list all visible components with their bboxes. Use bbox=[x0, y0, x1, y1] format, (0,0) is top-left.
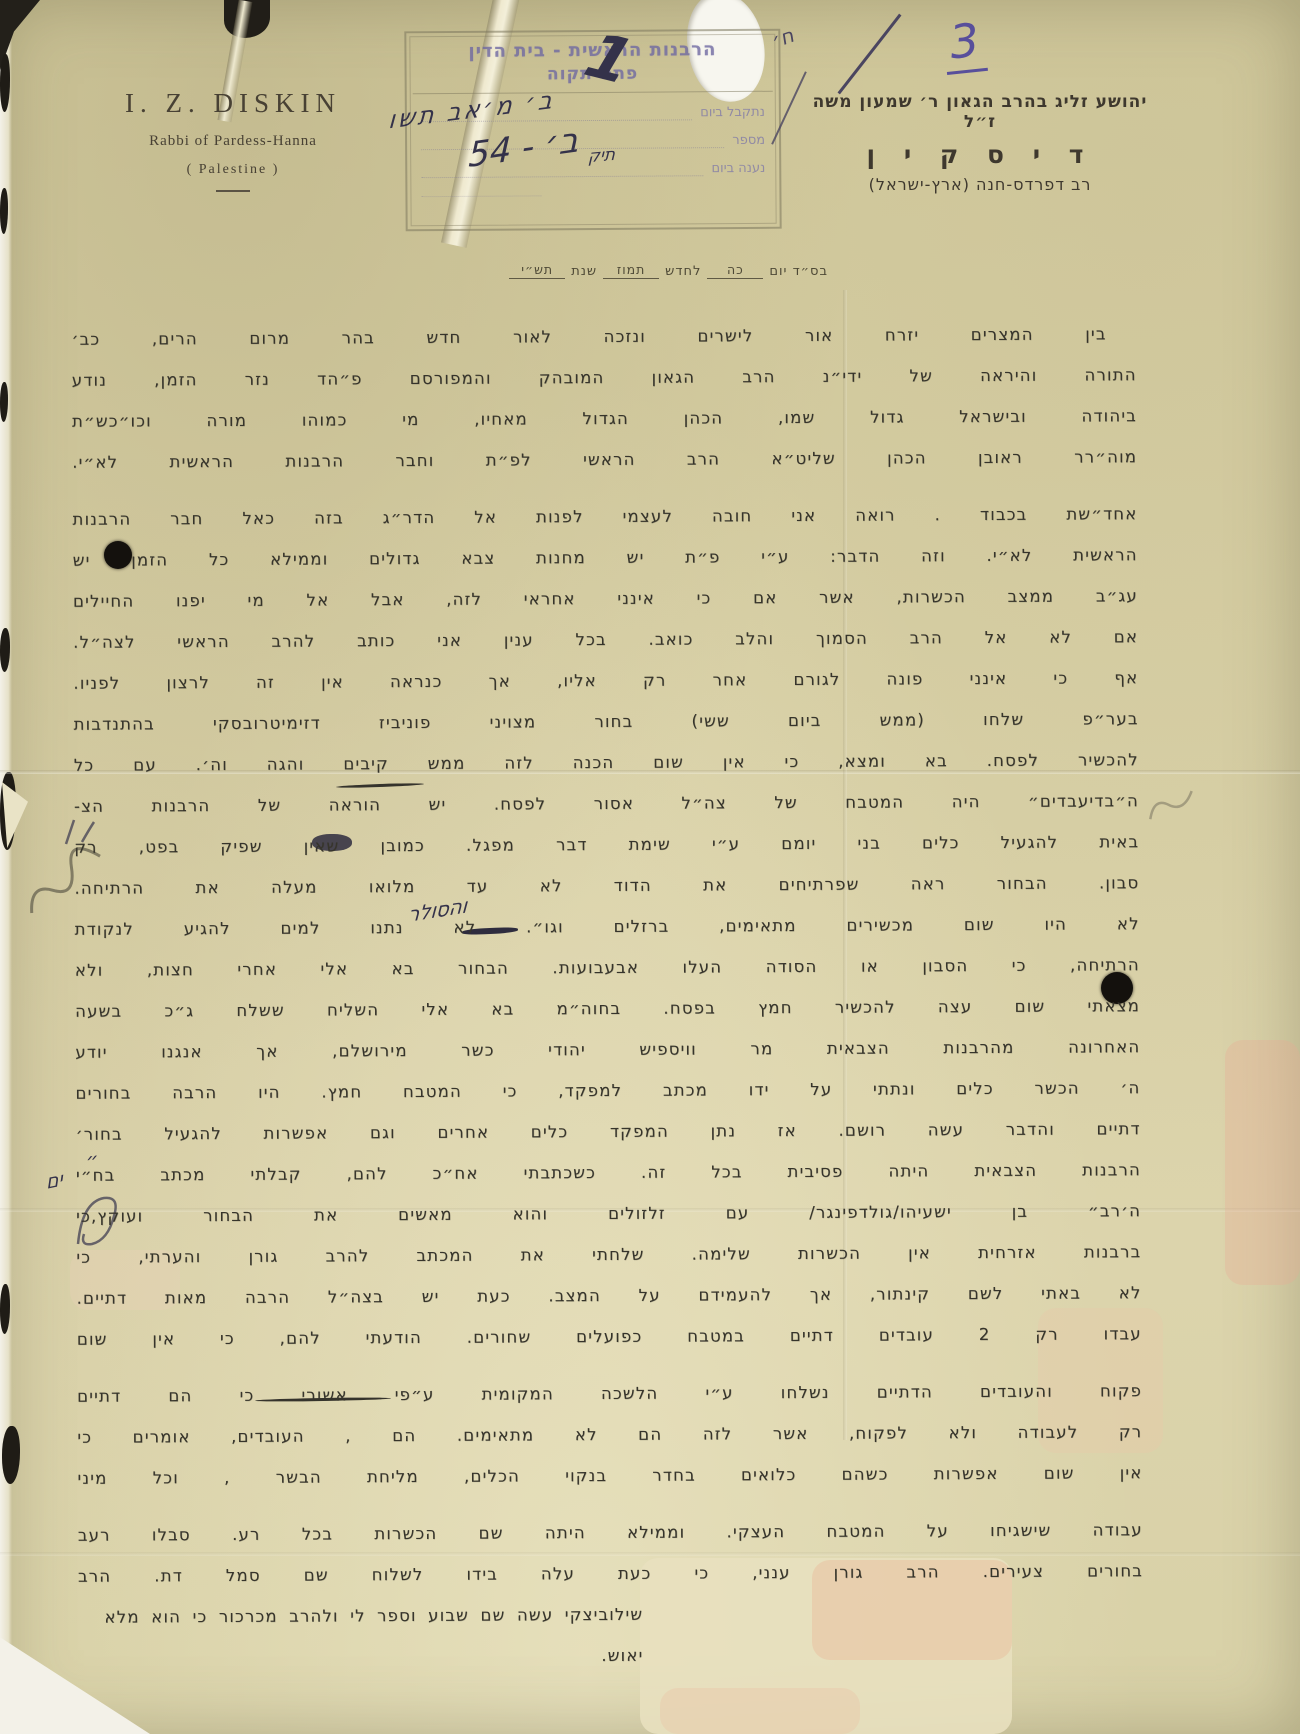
handwritten-file-word: תיק bbox=[588, 145, 616, 168]
letterhead-name-english: I. Z. DISKIN bbox=[108, 88, 358, 119]
body-line: עג״ב ממצב הכשרות, אשר אם כי אינני אחראי … bbox=[73, 575, 1138, 622]
body-text: בין המצרים יזרח אור לישרים ונזכה לאור חד… bbox=[71, 313, 1143, 1679]
date-month-label: לחדש bbox=[665, 264, 701, 279]
body-line: ה״בדיעבדים״ היה המטבח של צה״ל אסור לפסח.… bbox=[74, 780, 1139, 827]
body-line: התורה והיראה של ידי״נ הרב הגאון המובהק ו… bbox=[72, 354, 1137, 401]
body-line: הרבנות הצבאית היתה פסיבית בכל זה. כשכתבת… bbox=[76, 1149, 1141, 1196]
letterhead-hebrew: יהושע זליג בהרב הגאון ר׳ שמעון משה ז״ל ד… bbox=[800, 92, 1160, 194]
body-line: אין שום אפשרות כשהם כלואים בחדר בנקוי הכ… bbox=[77, 1452, 1142, 1499]
letter-scan-page: I. Z. DISKIN Rabbi of Pardess-Hanna ( Pa… bbox=[0, 0, 1300, 1734]
body-line: מצאתי שום עצה להכשיר חמץ בפסח. בחוה״מ בא… bbox=[75, 985, 1140, 1032]
stamp-faint-line bbox=[421, 187, 541, 197]
date-month-blank: תמוז bbox=[603, 262, 659, 279]
body-line: להכשיר לפסח. בא ומצא, כי אין שום הכנה לז… bbox=[74, 739, 1139, 786]
body-line: האחרונה מהרבנות הצבאית מר וויספיש יהודי … bbox=[75, 1026, 1140, 1073]
body-line: הרתיחה, כי הסבון או הסודה העלו אבעבועות.… bbox=[75, 944, 1140, 991]
handwritten-margin-suffix: ים bbox=[46, 1168, 63, 1194]
body-line: אם לא אל הרב הסמוך והלב כואב. בכל ענין א… bbox=[73, 616, 1138, 663]
pen-slash-mark bbox=[838, 14, 902, 95]
body-line: פקוח והעובדים הדתיים נשלחו ע״י הלשכה המק… bbox=[77, 1370, 1142, 1417]
body-line: הראשית לא״י. וזה הדבר: ע״י פ״ת יש מחנות … bbox=[73, 534, 1138, 581]
body-line: לא היו שום מכשירים מתאימים, ברזלים וגו״.… bbox=[75, 903, 1140, 950]
letterhead-location-english: ( Palestine ) bbox=[108, 162, 358, 178]
body-line: מוה״רר ראובן הכהן שליט״א הרב הראשי לפ״ת … bbox=[72, 436, 1137, 483]
letterhead-rule bbox=[216, 190, 250, 192]
body-line: ה׳ הכשר כלים ונתתי על ידו מכתב למפקד, כי… bbox=[75, 1067, 1140, 1114]
date-prefix: בס״ד יום bbox=[769, 264, 828, 279]
edge-tear-mark bbox=[2, 1426, 20, 1484]
body-line: אחד״שת בכבוד . רואה אני חובה לעצמי לפנות… bbox=[72, 493, 1137, 540]
body-line: רק לעבודה ולא לפקוח, אשר לזה הם לא מתאימ… bbox=[77, 1411, 1142, 1458]
body-line: בער״פ שלחו (ממש ביום ששי) בחור מצויני פו… bbox=[73, 698, 1138, 745]
body-line: בחורים צעירים. הרב גורן ענני, כי כעת עלה… bbox=[78, 1550, 1143, 1597]
body-line: עבודה שישגיחו על המטבח העצקי. וממילא הית… bbox=[78, 1509, 1143, 1556]
pencil-scribble-right bbox=[1134, 770, 1208, 835]
body-line: ביהודה ובישראל גדול שמו, הכהן הגדול מאחי… bbox=[72, 395, 1137, 442]
body-line: סבון. הבחור ראה שפרתיחים את הדוד לא עד מ… bbox=[74, 862, 1139, 909]
body-line: ברבנות אזרחית אין הכשרות שלימה. שלחתי את… bbox=[76, 1231, 1141, 1278]
body-line: דתיים והדבר עשה רושם. אז נתן המפקד כלים … bbox=[76, 1108, 1141, 1155]
letterhead-title-english: Rabbi of Pardess-Hanna bbox=[108, 133, 358, 150]
letterhead-english: I. Z. DISKIN Rabbi of Pardess-Hanna ( Pa… bbox=[108, 88, 358, 192]
stamp-field-line bbox=[421, 163, 703, 178]
date-year-blank: תש״י bbox=[509, 262, 565, 279]
date-line: בס״ד יום כה לחדש תמוז שנת תש״י bbox=[468, 262, 828, 279]
body-line: ה׳רב״ בן ישעיהו/גולדפינגר/ עם זלזולים וה… bbox=[76, 1190, 1141, 1237]
body-line: לא באתי לשם קינתור, אך להעמידם על המצב. … bbox=[76, 1272, 1141, 1319]
body-line: אף כי אינני פונה לגורם אחר רק אליו, אך כ… bbox=[73, 657, 1138, 704]
stamp-field-label: נענה ביום bbox=[711, 161, 765, 176]
body-line: עבדו רק 2 עובדים דתיים במטבח כפועלים שחו… bbox=[77, 1313, 1142, 1360]
date-year-label: שנת bbox=[571, 264, 597, 279]
letterhead-name-hebrew: ד י ס ק י ן bbox=[800, 140, 1160, 169]
stamp-field-label: נתקבל ביום bbox=[700, 105, 765, 120]
body-line: באית להגעיל כלים בני יומם ע״י שימת דבר מ… bbox=[74, 821, 1139, 868]
letterhead-lineage: יהושע זליג בהרב הגאון ר׳ שמעון משה ז״ל bbox=[800, 92, 1160, 132]
body-line: שילוביצקי עשה שם שבוע וספר לי ולהרב מכרכ… bbox=[78, 1594, 643, 1679]
handwritten-page-number: 3 bbox=[941, 12, 988, 75]
stamp-field-label: מספר bbox=[732, 133, 765, 148]
letterhead-title-hebrew: רב דפרדס-חנה (ארץ-ישראל) bbox=[800, 175, 1160, 194]
stain-pink bbox=[660, 1688, 860, 1734]
body-line: בין המצרים יזרח אור לישרים ונזכה לאור חד… bbox=[71, 313, 1136, 360]
date-day-blank: כה bbox=[707, 262, 763, 279]
stain-pink-edge bbox=[1225, 1040, 1300, 1285]
